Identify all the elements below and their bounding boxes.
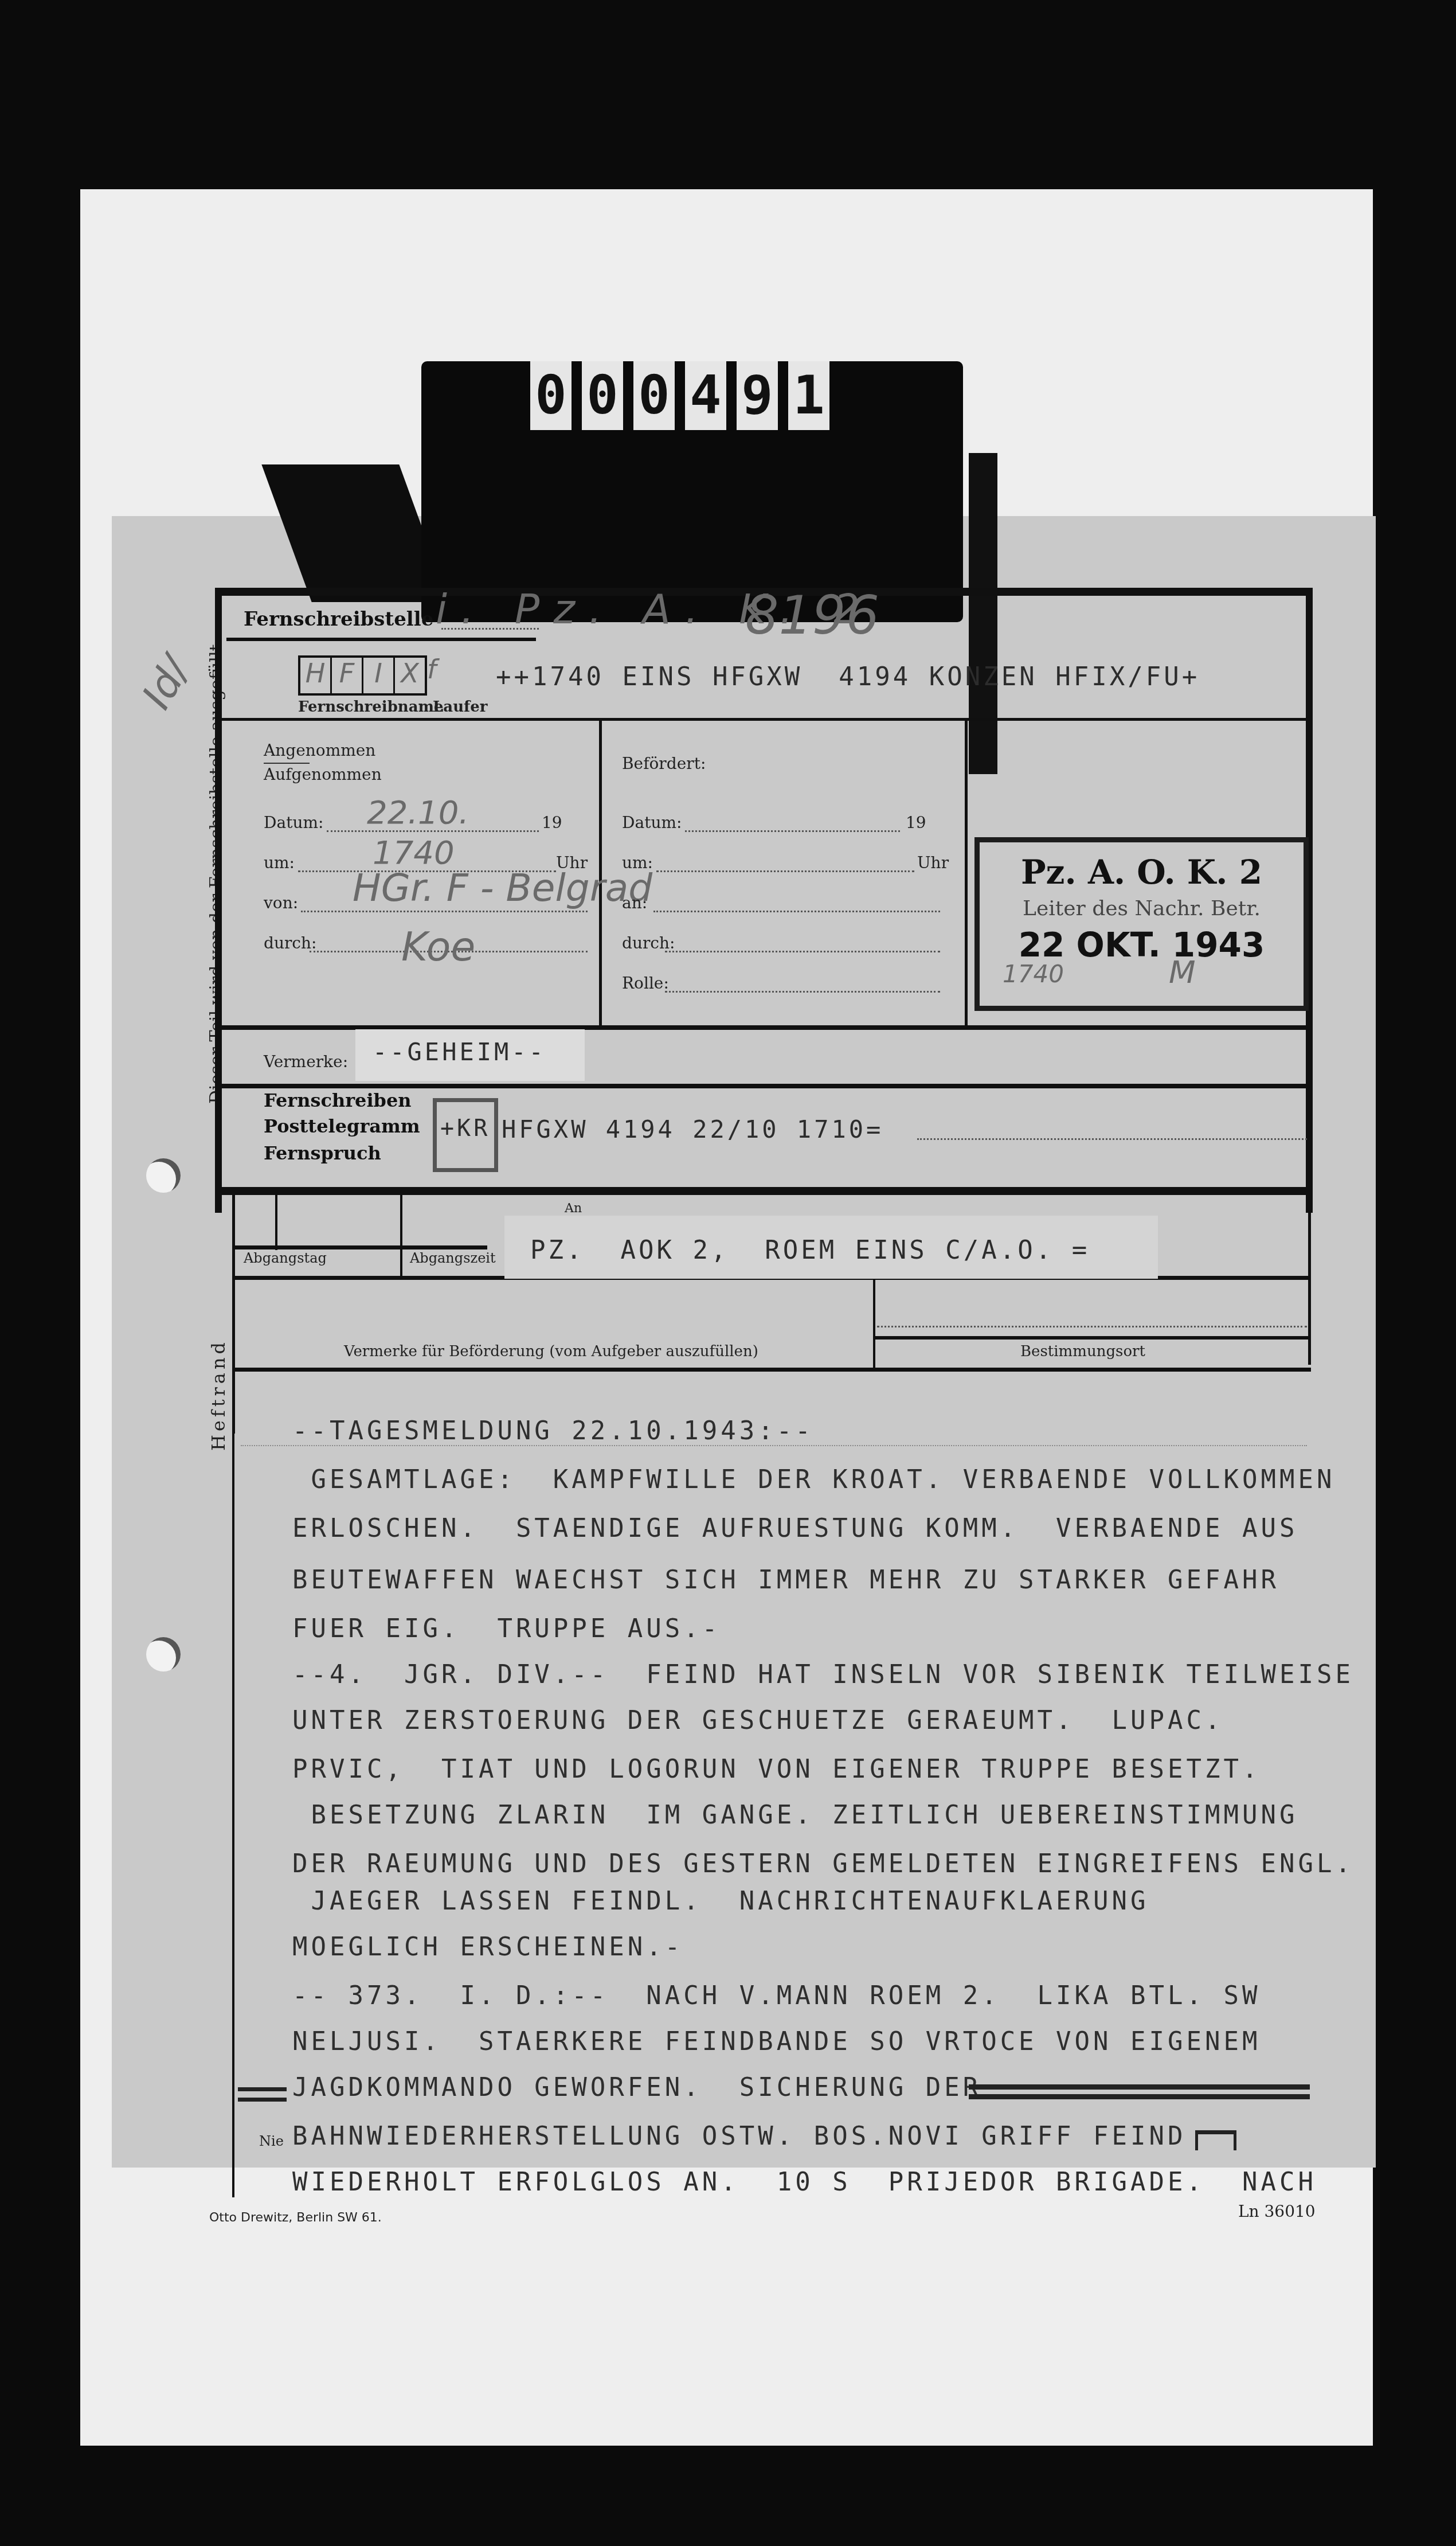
dotted-field [917,1138,1307,1140]
received-year-prefix: 19 [542,813,562,832]
stamp-office: Leiter des Nachr. Betr. [980,897,1304,920]
margin-note-heftrand: Heftrand [208,1339,229,1451]
punch-hole [146,1637,181,1672]
teleprinter-form [112,516,1376,2168]
divider [226,638,536,641]
forwarded-time-label: um: [622,853,653,872]
forwarding-remarks-label: Vermerke für Beförderung (vom Aufgeber a… [344,1343,758,1360]
message-line: MOEGLICH ERSCHEINEN.- [292,1932,683,1962]
message-type-post-telegram: Posttelegramm [264,1115,420,1137]
nie-mark: Nie [259,2133,284,2149]
counter-digit: 0 [530,361,572,430]
counter-knob [969,453,997,774]
frame-counter: 0 0 0 4 9 1 [421,361,963,622]
accepted-label: Angenommen [264,741,375,760]
forwarded-to-label: an: [622,893,647,912]
name-box: X [395,658,425,693]
teleprinter-name-label: Fernschreibname [298,698,444,716]
counter-digits: 0 0 0 4 9 1 [530,361,829,430]
stamp-handwritten-time: 1740 [1003,960,1064,988]
message-line: BEUTEWAFFEN WAECHST SICH IMMER MEHR ZU S… [292,1565,1279,1595]
dotted-field [653,911,940,912]
divider [275,1193,277,1250]
name-box: F [332,658,363,693]
forwarded-heading: Befördert: [622,754,706,773]
forwarded-time-unit: Uhr [917,853,949,872]
divider [873,1280,875,1372]
message-line: JAGDKOMMANDO GEWORFEN. SICHERUNG DER [292,2073,981,2102]
dotted-field [656,870,914,872]
message-line: BAHNWIEDERHERSTELLUNG OSTW. BOS.NOVI GRI… [292,2122,1187,2151]
message-type-teleprint: Fernschreiben [264,1090,412,1111]
counter-digit: 4 [685,361,726,430]
message-line: GESAMTLAGE: KAMPFWILLE DER KROAT. VERBAE… [292,1465,1335,1494]
message-line: --TAGESMELDUNG 22.10.1943:-- [292,1416,814,1446]
heftrand-line [232,1372,234,2197]
message-line: UNTER ZERSTOERUNG DER GESCHUETZE GERAEUM… [292,1706,1224,1735]
counter-digit: 0 [582,361,623,430]
message-line: PRVIC, TIAT UND LOGORUN VON EIGENER TRUP… [292,1755,1261,1784]
printer-imprint: Otto Drewitz, Berlin SW 61. [209,2211,382,2225]
double-rule [238,2098,287,2102]
station-label: Fernschreibstelle [244,608,433,631]
destination-label: Bestimmungsort [1020,1343,1145,1360]
double-rule [969,2094,1310,2099]
received-date-value: 22.10. [367,794,469,831]
addressee-label: An [565,1201,582,1216]
forwarded-year-prefix: 19 [906,813,926,832]
stamp-handwritten-initial: M [1169,954,1196,990]
message-line: JAEGER LASSEN FEINDL. NACHRICHTENAUFKLAE… [292,1887,1149,1916]
divider [875,1336,1311,1340]
message-type-telephone: Fernspruch [264,1142,381,1164]
received-from-value: HGr. F - Belgrad [353,866,652,910]
divider [222,1187,1313,1195]
receipt-stamp: Pz. A. O. K. 2 Leiter des Nachr. Betr. 2… [974,837,1309,1011]
runner-label: Laufer [433,698,487,716]
message-line: --4. JGR. DIV.-- FEIND HAT INSELN VOR SI… [292,1660,1354,1689]
remarks-label: Vermerke: [264,1052,348,1071]
stamp-unit: Pz. A. O. K. 2 [980,853,1304,892]
counter-digit: 9 [737,361,778,430]
received-from-label: von: [264,893,298,912]
message-line: BESETZUNG ZLARIN IM GANGE. ZEITLICH UEBE… [292,1801,1298,1830]
teleprinter-name-boxes: H F I X [298,655,427,696]
received-by-label: durch: [264,934,317,952]
name-box: H [300,658,332,693]
message-line: WIEDERHOLT ERFOLGLOS AN. 10 S PRIJEDOR B… [292,2168,1317,2197]
dotted-field [665,951,940,952]
teleprinter-preamble: ++1740 EINS HFGXW 4194 KONZEN HFIX/FU+ [496,662,1200,692]
punch-hole [146,1158,181,1193]
message-line: FUER EIG. TRUPPE AUS.- [292,1614,721,1643]
received-date-label: Datum: [264,813,323,832]
dotted-field [301,911,588,912]
departure-time-label: Abgangszeit [410,1250,496,1266]
station-number-handwritten: 8196 [745,585,879,646]
divider [400,1193,402,1280]
forwarded-role-label: Rolle: [622,974,669,993]
divider [965,718,968,1028]
divider [264,763,310,764]
divider [222,1084,1311,1088]
dotted-field [877,1326,1307,1327]
name-box: I [363,658,395,693]
dotted-field [685,830,900,832]
forwarded-by-label: durch: [622,934,675,952]
message-header-line: HFGXW 4194 22/10 1710= [502,1115,883,1143]
message-line: -- 373. I. D.:-- NACH V.MANN ROEM 2. LIK… [292,1981,1261,2010]
divider [235,1368,1311,1372]
counter-digit: 0 [633,361,675,430]
message-line: ERLOSCHEN. STAENDIGE AUFRUESTUNG KOMM. V… [292,1514,1298,1543]
form-number: Ln 36010 [1238,2202,1316,2221]
departure-day-label: Abgangstag [244,1250,327,1266]
addressee-value: PZ. AOK 2, ROEM EINS C/A.O. = [530,1236,1090,1265]
bracket-mark [1195,2130,1236,2150]
recorded-label: Aufgenommen [264,765,382,784]
divider [222,718,1311,721]
name-box-suffix: f [427,654,436,685]
priority-code: +KR [440,1115,490,1142]
received-time-label: um: [264,853,295,872]
classification-marking: --GEHEIM-- [373,1038,546,1066]
stamp-date: 22 OKT. 1943 [980,926,1304,964]
dotted-field [665,991,940,993]
double-rule [238,2087,287,2091]
counter-digit: 1 [788,361,829,430]
message-line: NELJUSI. STAERKERE FEINDBANDE SO VRTOCE … [292,2027,1261,2056]
forwarded-date-label: Datum: [622,813,682,832]
divider [235,1245,487,1249]
message-line: DER RAEUMUNG UND DES GESTERN GEMELDETEN … [292,1849,1354,1879]
received-by-value: Koe [401,923,475,970]
form-left-border [215,588,222,1213]
double-rule [969,2084,1310,2090]
